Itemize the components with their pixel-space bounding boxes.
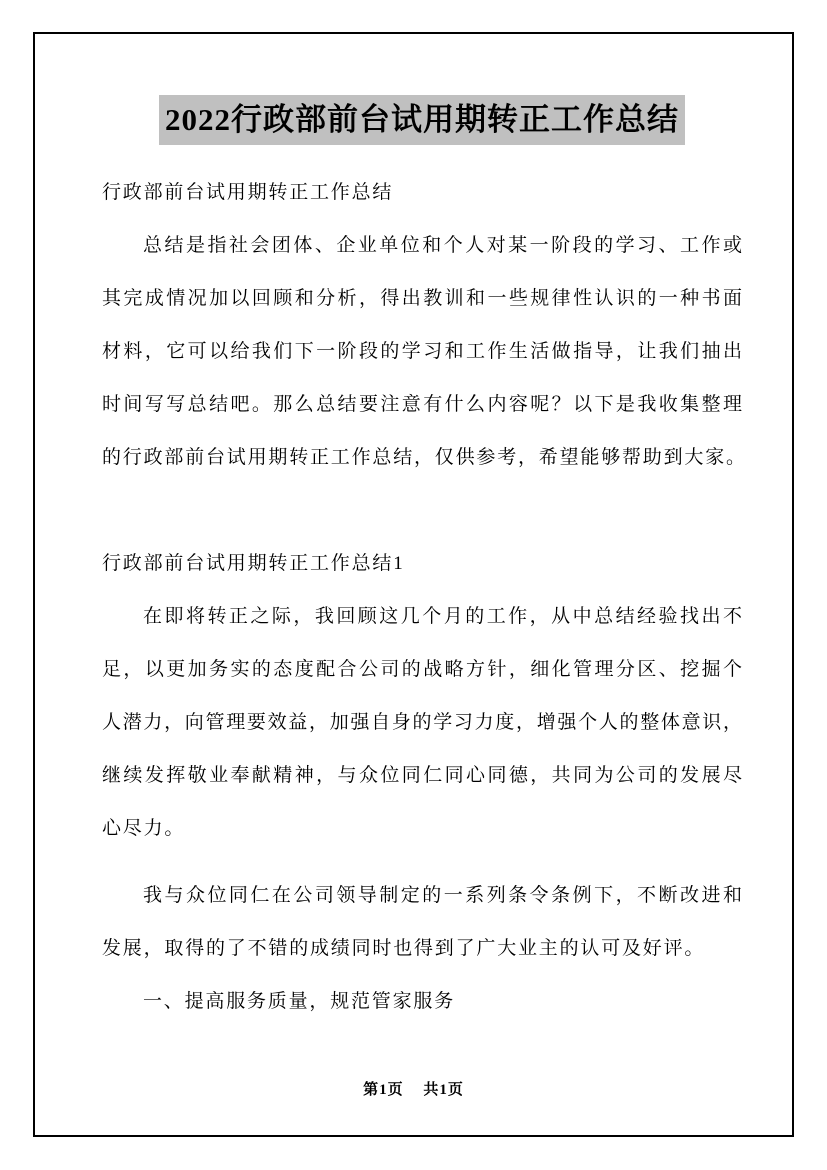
document-title-row: 2022行政部前台试用期转正工作总结 [102, 95, 742, 145]
document-line: 行政部前台试用期转正工作总结1 [102, 537, 742, 590]
document-line: 在即将转正之际，我回顾这几个月的工作，从中总结经验找出不 [102, 590, 742, 643]
document-body: 行政部前台试用期转正工作总结总结是指社会团体、企业单位和个人对某一阶段的学习、工… [102, 166, 742, 1028]
page-footer: 第1页 共1页 [0, 1078, 827, 1099]
document-line: 行政部前台试用期转正工作总结 [102, 166, 742, 219]
document-line: 我与众位同仁在公司领导制定的一系列条令条例下，不断改进和 [102, 869, 742, 922]
document-line: 时间写写总结吧。那么总结要注意有什么内容呢？以下是我收集整理 [102, 378, 742, 431]
document-line: 继续发挥敬业奉献精神，与众位同仁同心同德，共同为公司的发展尽 [102, 749, 742, 802]
document-line: 发展，取得的了不错的成绩同时也得到了广大业主的认可及好评。 [102, 922, 742, 975]
footer-current-page: 第1页 [363, 1082, 404, 1098]
document-line: 材料，它可以给我们下一阶段的学习和工作生活做指导，让我们抽出 [102, 325, 742, 378]
document-line: 人潜力，向管理要效益，加强自身的学习力度，增强个人的整体意识， [102, 696, 742, 749]
document-line: 其完成情况加以回顾和分析，得出教训和一些规律性认识的一种书面 [102, 272, 742, 325]
footer-total-pages: 共1页 [423, 1082, 464, 1098]
document-line: 的行政部前台试用期转正工作总结，仅供参考，希望能够帮助到大家。 [102, 431, 742, 484]
document-line: 一、提高服务质量，规范管家服务 [102, 975, 742, 1028]
document-line: 心尽力。 [102, 802, 742, 855]
blank-line [102, 484, 742, 537]
document-page: 2022行政部前台试用期转正工作总结 行政部前台试用期转正工作总结总结是指社会团… [0, 0, 827, 1170]
document-line: 足，以更加务实的态度配合公司的战略方针，细化管理分区、挖掘个 [102, 643, 742, 696]
document-line: 总结是指社会团体、企业单位和个人对某一阶段的学习、工作或 [102, 219, 742, 272]
document-title: 2022行政部前台试用期转正工作总结 [159, 95, 685, 145]
